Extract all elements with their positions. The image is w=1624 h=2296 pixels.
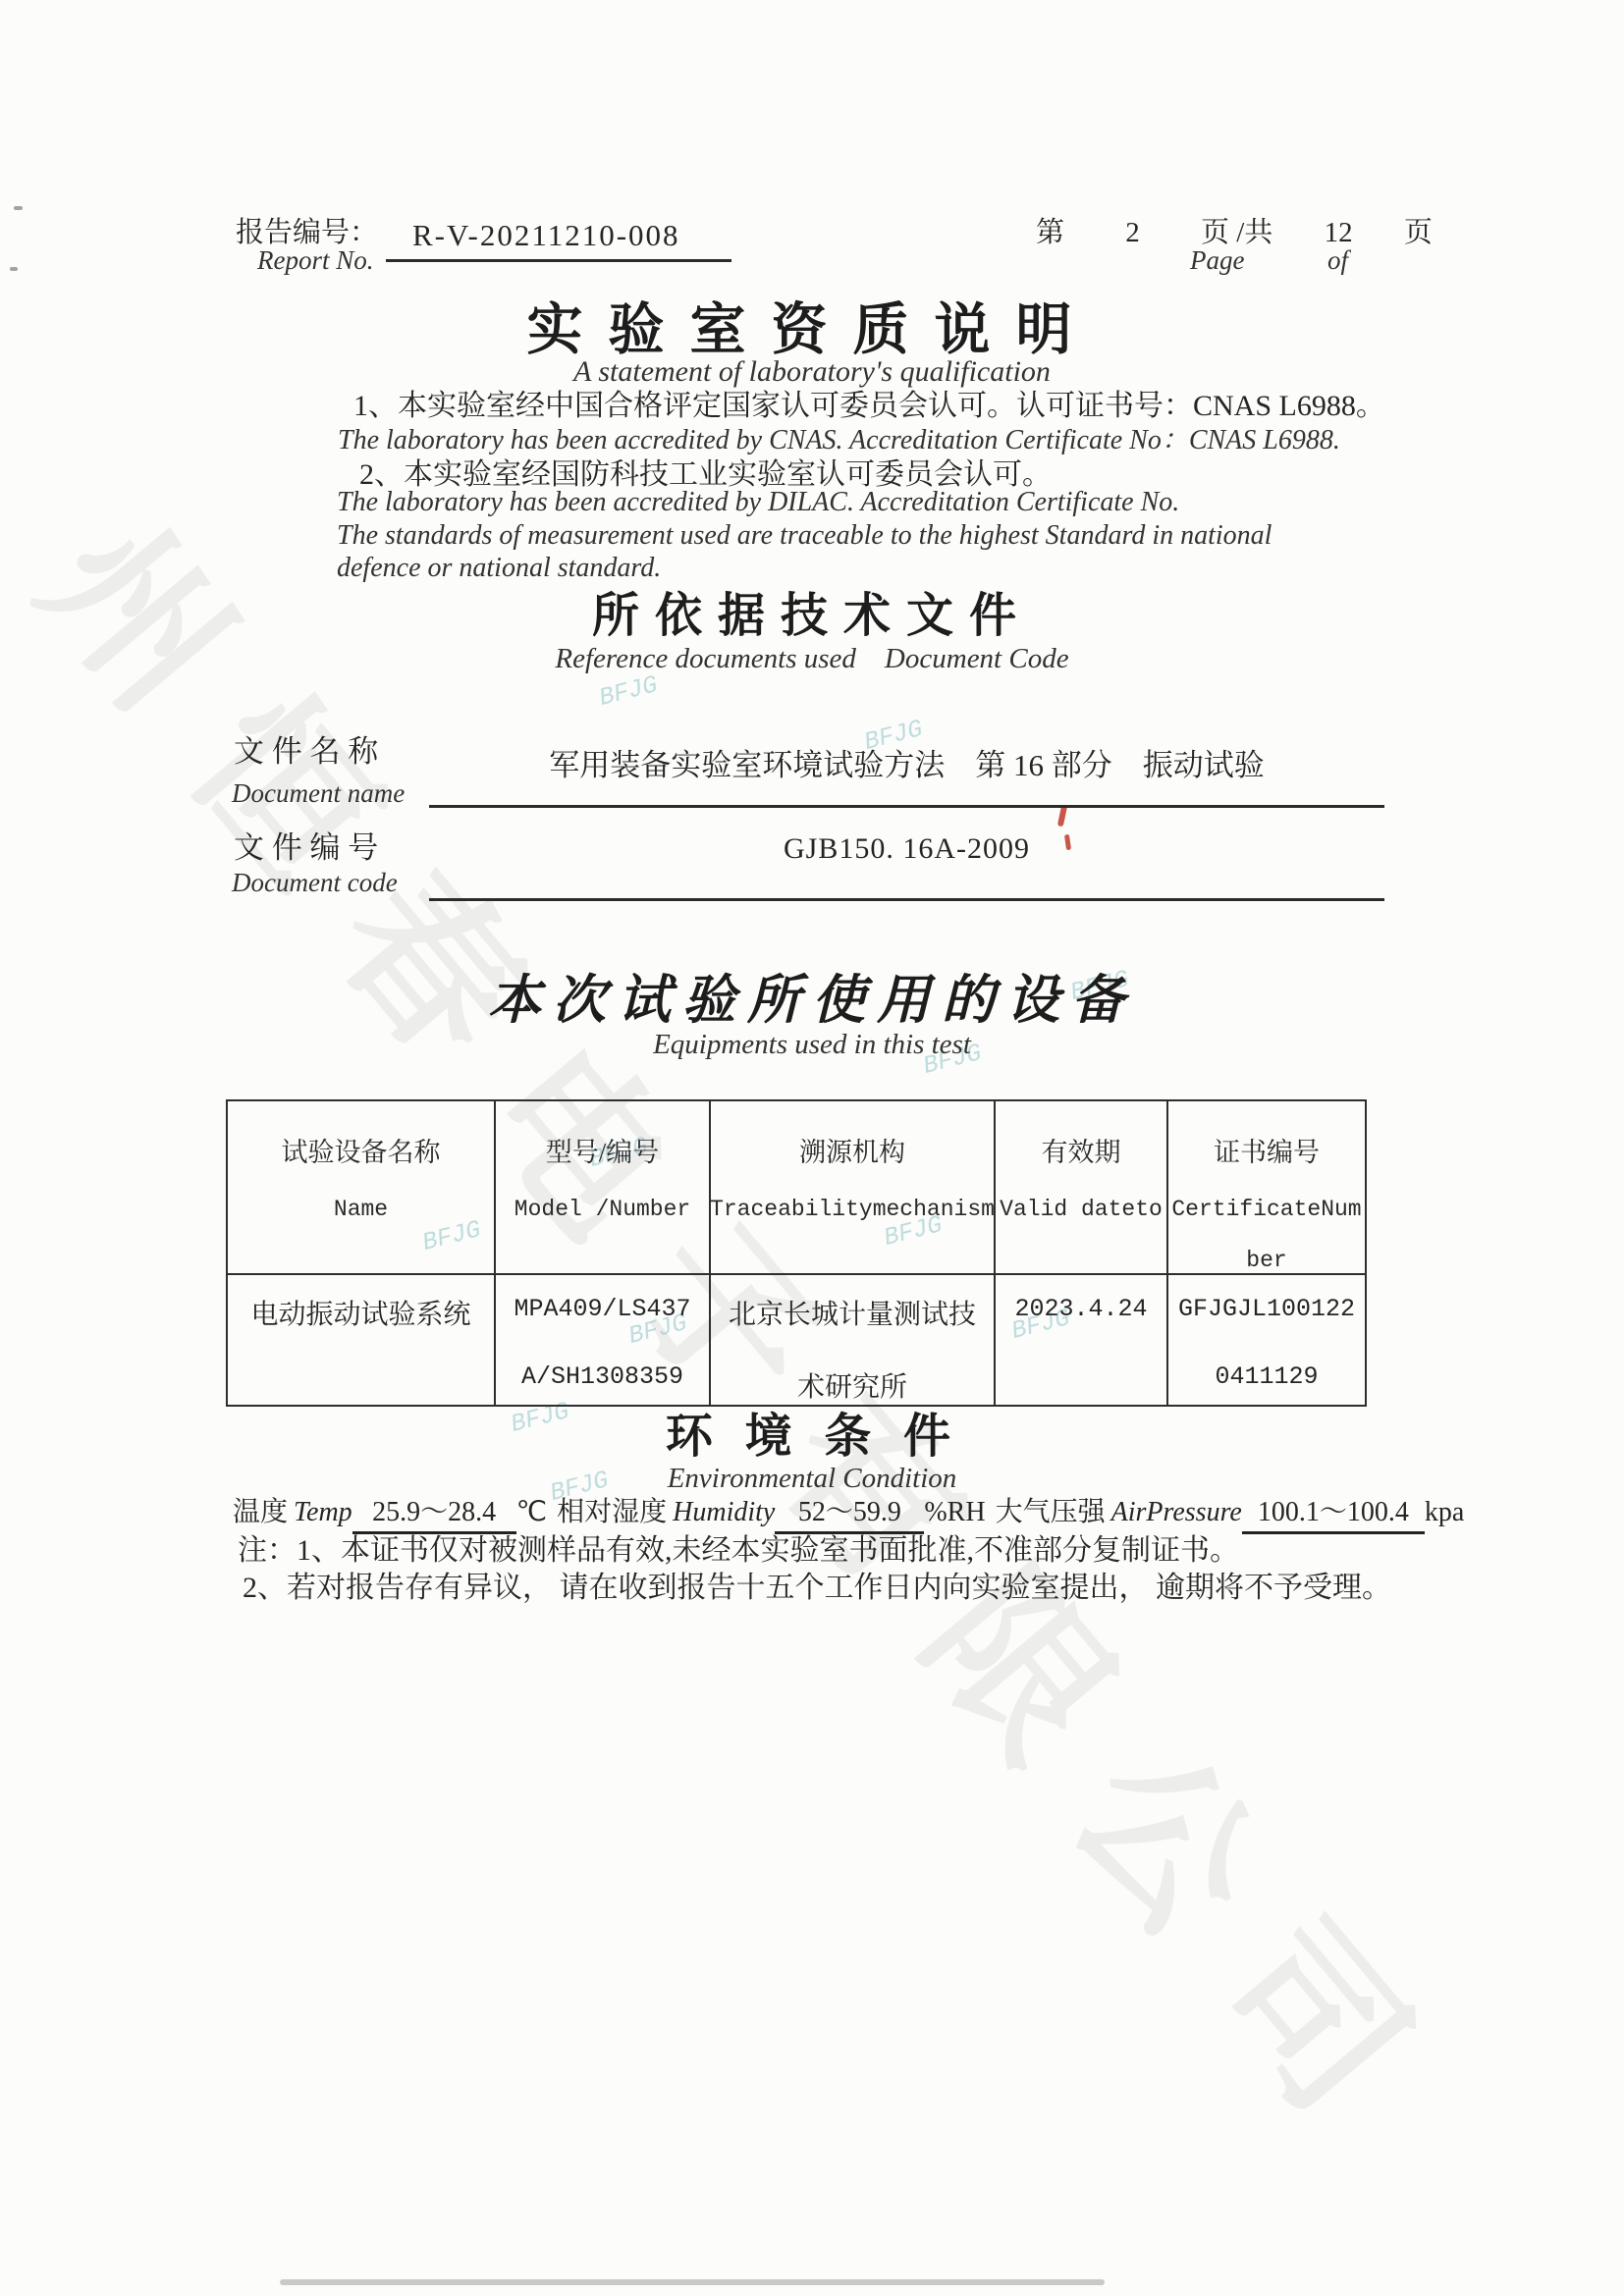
doc-name-label-zh: 文 件 名 称 (234, 726, 378, 771)
equipment-subtitle: Equipments used in this test (0, 1029, 1624, 1061)
scan-smudge (280, 2279, 1105, 2285)
equipment-table-data-row: 电动振动试验系统 MPA409/LS437 A/SH1308359 北京长城计量… (227, 1274, 1366, 1406)
header-model-en: Model /Number (514, 1197, 690, 1222)
temp-unit: ℃ (516, 1497, 547, 1527)
header-certificate-en-line2: ber (1246, 1248, 1286, 1273)
faint-code-watermark: BFJG (596, 670, 660, 713)
cell-valid-date: 2023.4.24 (995, 1274, 1167, 1406)
header-name-zh: 试验设备名称 (282, 1131, 441, 1169)
report-no-value: R-V-20211210-008 (412, 218, 680, 253)
report-no-underline (386, 259, 731, 262)
temp-label-zh: 温度 (233, 1497, 288, 1527)
header-certificate-zh: 证书编号 (1214, 1131, 1320, 1169)
qualification-item2-en: The laboratory has been accredited by DI… (337, 487, 1179, 518)
red-scan-mark (1057, 805, 1067, 828)
page-indicator: 第 2 页 /共 12 页 (1036, 210, 1433, 250)
page-number: 2 (1125, 217, 1140, 249)
certificate-number-line1: GFJGJL100122 (1178, 1295, 1355, 1323)
model-number-line2: A/SH1308359 (521, 1362, 683, 1391)
qualification-title: 实验室资质说明 (0, 285, 1624, 365)
of-label: of (1327, 245, 1348, 276)
doc-code-label-en: Document code (232, 868, 398, 898)
equipment-name-value: 电动振动试验系统 (250, 1293, 470, 1332)
pressure-label-en: AirPressure (1111, 1497, 1242, 1527)
pressure-value: 100.1～100.4 (1242, 1490, 1425, 1534)
header-cell-model: 型号/编号 Model /Number (495, 1100, 710, 1274)
page-word-mid: 页 /共 (1201, 210, 1272, 250)
equipment-table: 试验设备名称 Name 型号/编号 Model /Number 溯源机构 Tra… (226, 1099, 1367, 1407)
header-valid-date-en: Valid dateto (1000, 1197, 1163, 1222)
certificate-number-line2: 0411129 (1215, 1362, 1318, 1391)
temp-label-en: Temp (294, 1497, 352, 1527)
header-cell-certificate: 证书编号 CertificateNum ber (1167, 1100, 1366, 1274)
cell-equipment-name: 电动振动试验系统 (227, 1274, 495, 1406)
header-cell-name: 试验设备名称 Name (227, 1100, 495, 1274)
doc-code-value: GJB150. 16A-2009 (429, 832, 1384, 866)
scan-speck (14, 206, 23, 210)
doc-code-label-zh: 文 件 编 号 (234, 823, 378, 867)
scan-speck (10, 267, 18, 271)
header-valid-date-zh: 有效期 (1042, 1131, 1121, 1169)
environment-title: 环 境 条 件 (0, 1398, 1624, 1466)
doc-name-underline (429, 805, 1384, 808)
reference-title: 所依据技术文件 (0, 577, 1624, 645)
cell-model-number: MPA409/LS437 A/SH1308359 (495, 1274, 710, 1406)
equipment-title: 本次试验所使用的设备 (0, 958, 1624, 1034)
header-cell-valid-date: 有效期 Valid dateto (995, 1100, 1167, 1274)
header-traceability-en: Traceabilitymechanism (710, 1197, 995, 1222)
reference-subtitle: Reference documents used Document Code (0, 643, 1624, 675)
report-page: 州恒春电子有限公司 BFJG BFJG BFJG BFJG BFJG BFJG … (0, 0, 1624, 2296)
doc-name-label-en: Document name (232, 778, 405, 809)
traceability-line1: 北京长城计量测试技 (729, 1293, 976, 1332)
valid-date-value: 2023.4.24 (1014, 1295, 1147, 1323)
pressure-unit: kpa (1425, 1497, 1464, 1527)
header-model-zh: 型号/编号 (546, 1131, 660, 1169)
model-number-line1: MPA409/LS437 (514, 1295, 690, 1323)
doc-name-value: 军用装备实验室环境试验方法 第 16 部分 振动试验 (429, 740, 1384, 784)
qualification-note-en-line1: The standards of measurement used are tr… (337, 520, 1272, 552)
humidity-label-en: Humidity (673, 1497, 775, 1527)
header-name-en: Name (334, 1197, 388, 1222)
page-label-en: Page (1190, 245, 1244, 276)
humidity-label-zh: 相对湿度 (557, 1497, 667, 1527)
note-line2: 2、若对报告存有异议， 请在收到报告十五个工作日内向实验室提出， 逾期将不予受理… (243, 1563, 1391, 1606)
header-certificate-en-line1: CertificateNum (1171, 1197, 1361, 1222)
humidity-unit: %RH (924, 1497, 985, 1527)
header-traceability-zh: 溯源机构 (799, 1131, 905, 1169)
report-no-label-zh: 报告编号： (236, 210, 378, 250)
report-no-label-en: Report No. (257, 245, 374, 276)
header-cell-traceability: 溯源机构 Traceabilitymechanism (710, 1100, 995, 1274)
cell-certificate-number: GFJGJL100122 0411129 (1167, 1274, 1366, 1406)
doc-code-underline (429, 898, 1384, 901)
cell-traceability: 北京长城计量测试技 术研究所 (710, 1274, 995, 1406)
page-word-di: 第 (1036, 210, 1064, 250)
pressure-label-zh: 大气压强 (996, 1497, 1106, 1527)
page-word-ye: 页 (1404, 210, 1433, 250)
equipment-table-header-row: 试验设备名称 Name 型号/编号 Model /Number 溯源机构 Tra… (227, 1100, 1366, 1274)
